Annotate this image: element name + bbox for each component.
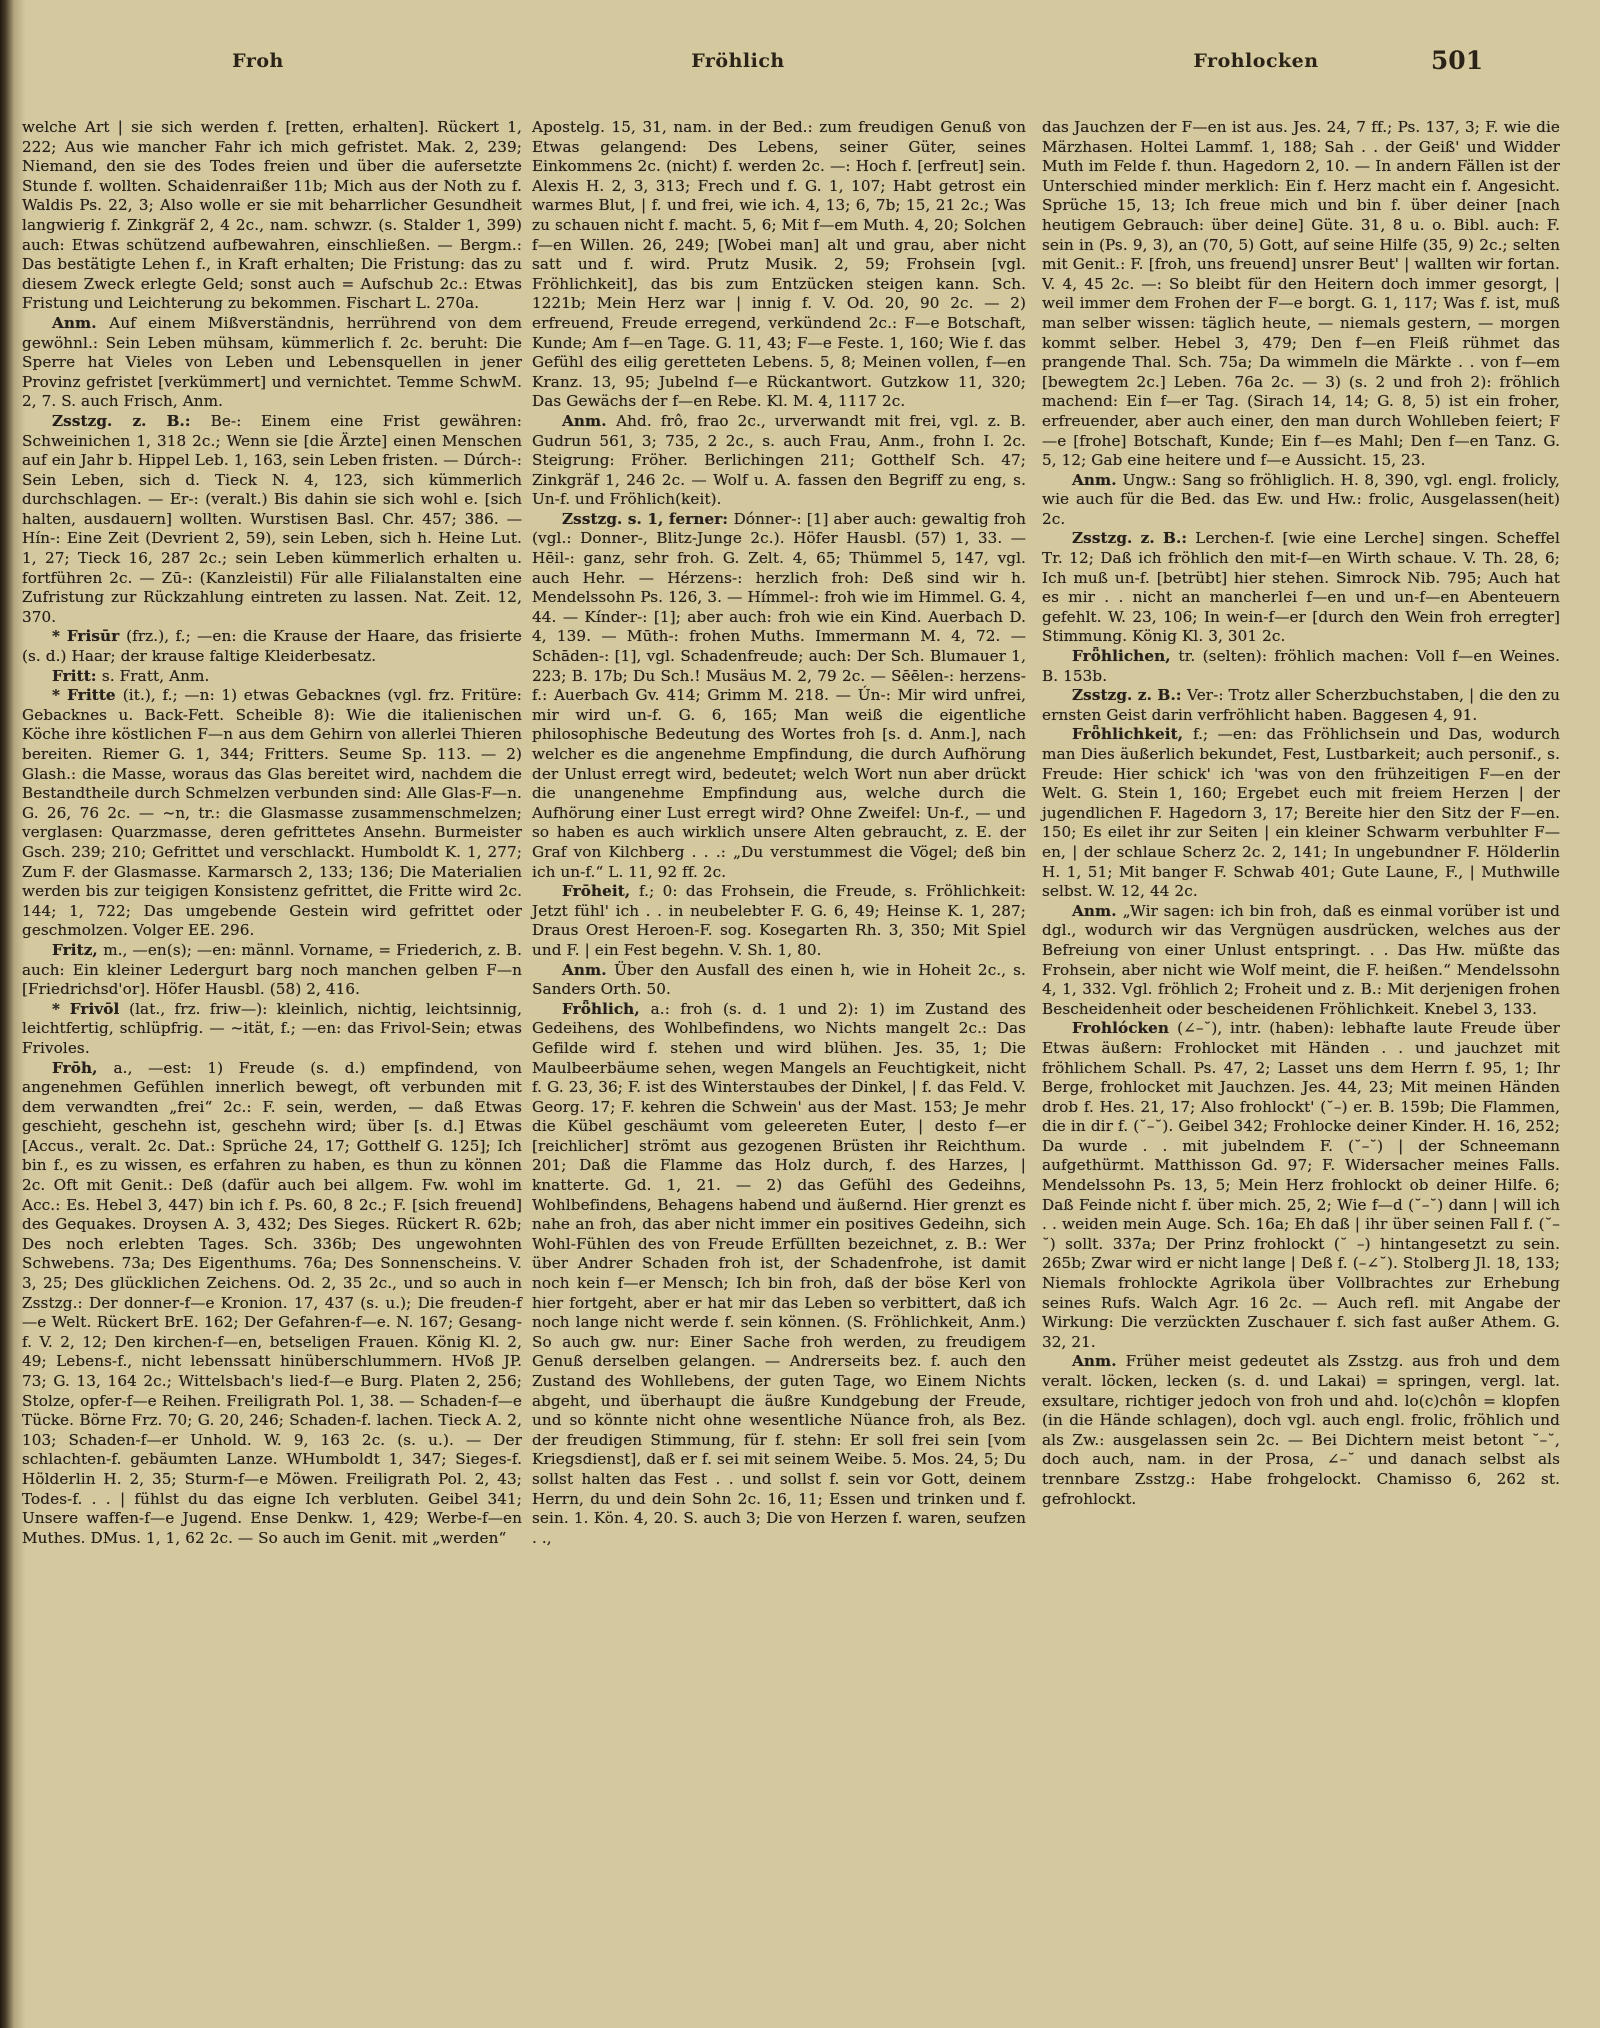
entry-paragraph: Frōheit, f.; 0: das Frohsein, die Freude… (532, 882, 1026, 960)
entry-headword: Anm. (1072, 471, 1123, 489)
entry-paragraph: Anm. Ungw.: Sang so fröhliglich. H. 8, 3… (1042, 471, 1560, 530)
entry-paragraph: Frōh, a., —est: 1) Freude (s. d.) empfin… (22, 1059, 522, 1549)
entry-headword: * Fritte (52, 686, 123, 704)
running-head-froh: Froh (148, 50, 368, 72)
running-head-frohlocken: Frohlocken (1146, 50, 1366, 72)
dictionary-page: Froh Fröhlich Frohlocken 501 welche Art … (0, 0, 1600, 2028)
entry-paragraph: * Frivōl (lat., frz. friw—): kleinlich, … (22, 1000, 522, 1059)
entry-paragraph: Frȫhlich, a.: froh (s. d. 1 und 2): 1) i… (532, 1000, 1026, 1549)
entry-headword: Fritz, (52, 941, 103, 959)
entry-paragraph: Zsstzg. z. B.: Ver-: Trotz aller Scherzb… (1042, 686, 1560, 725)
entry-paragraph: Anm. Ahd. frô, frao 2c., urverwandt mit … (532, 412, 1026, 510)
running-header: Froh Fröhlich Frohlocken 501 (0, 50, 1600, 84)
entry-paragraph: Fritz, m., —en(s); —en: männl. Vorname, … (22, 941, 522, 1000)
entry-paragraph: * Fritte (it.), f.; —n: 1) etwas Gebackn… (22, 686, 522, 941)
entry-paragraph: Anm. „Wir sagen: ich bin froh, daß es ei… (1042, 902, 1560, 1020)
entry-headword: Frōh, (52, 1059, 114, 1077)
entry-paragraph: Frȫhlichen, tr. (selten): fröhlich mache… (1042, 647, 1560, 686)
continuation-paragraph: das Jauchzen der F—en ist aus. Jes. 24, … (1042, 118, 1560, 471)
text-column-left: welche Art | sie sich werden f. [retten,… (22, 118, 522, 1548)
entry-headword: * Frivōl (52, 1000, 129, 1018)
entry-headword: Anm. (562, 961, 614, 979)
entry-headword: Zsstzg. z. B.: (1072, 686, 1187, 704)
entry-paragraph: Fritt: s. Fratt, Anm. (22, 667, 522, 687)
entry-headword: Anm. (52, 314, 109, 332)
entry-paragraph: Anm. Auf einem Mißverständnis, herrühren… (22, 314, 522, 412)
entry-headword: Zsstzg. s. 1, ferner: (562, 510, 734, 528)
page-number: 501 (1402, 46, 1512, 75)
continuation-paragraph: welche Art | sie sich werden f. [retten,… (22, 118, 522, 314)
running-head-froehlich: Fröhlich (628, 50, 848, 72)
continuation-paragraph: Apostelg. 15, 31, nam. in der Bed.: zum … (532, 118, 1026, 412)
entry-headword: * Frisūr (52, 627, 126, 645)
entry-paragraph: Zsstzg. s. 1, ferner: Dónner-: [1] aber … (532, 510, 1026, 882)
text-column-right: das Jauchzen der F—en ist aus. Jes. 24, … (1042, 118, 1560, 1509)
entry-headword: Frōheit, (562, 882, 639, 900)
entry-headword: Anm. (1072, 1352, 1126, 1370)
entry-headword: Frȫhlich, (562, 1000, 651, 1018)
entry-paragraph: Zsstzg. z. B.: Be-: Einem eine Frist gew… (22, 412, 522, 628)
entry-headword: Fritt: (52, 667, 102, 685)
entry-headword: Frohlócken (1072, 1019, 1177, 1037)
entry-paragraph: Zsstzg. z. B.: Lerchen-f. [wie eine Lerc… (1042, 529, 1560, 647)
entry-paragraph: * Frisūr (frz.), f.; —en: die Krause der… (22, 627, 522, 666)
entry-paragraph: Anm. Früher meist gedeutet als Zsstzg. a… (1042, 1352, 1560, 1509)
text-column-center: Apostelg. 15, 31, nam. in der Bed.: zum … (532, 118, 1026, 1548)
entry-headword: Zsstzg. z. B.: (1072, 529, 1195, 547)
entry-headword: Zsstzg. z. B.: (52, 412, 211, 430)
entry-paragraph: Anm. Über den Ausfall des einen h, wie i… (532, 961, 1026, 1000)
entry-paragraph: Frȫhlichkeit, f.; —en: das Fröhlichsein … (1042, 725, 1560, 901)
entry-headword: Frȫhlichen, (1072, 647, 1178, 665)
entry-headword: Anm. (562, 412, 616, 430)
entry-headword: Frȫhlichkeit, (1072, 725, 1193, 743)
entry-paragraph: Frohlócken (∠–˘), intr. (haben): lebhaft… (1042, 1019, 1560, 1352)
entry-headword: Anm. (1072, 902, 1123, 920)
